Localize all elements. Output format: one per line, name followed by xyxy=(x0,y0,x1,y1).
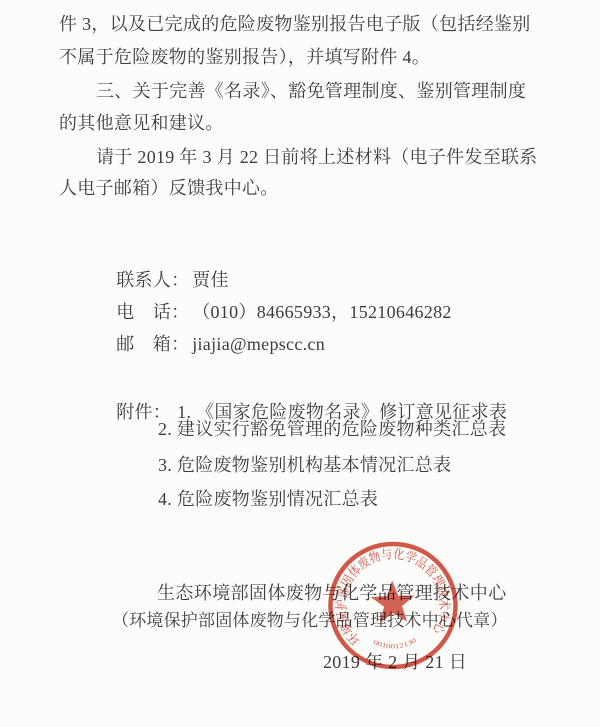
body-line-6: 人电子邮箱）反馈我中心。 xyxy=(59,178,279,199)
body-line-4: 的其他意见和建议。 xyxy=(59,113,224,134)
attachment-item-4: 4. 危险废物鉴别情况汇总表 xyxy=(158,489,378,510)
body-line-3: 三、关于完善《名录》、豁免管理制度、鉴别管理制度 xyxy=(96,81,526,102)
official-seal: 环境保护部固体废物与化学品管理技术中心 0010012130 xyxy=(324,538,463,675)
seal-code: 0010012130 xyxy=(372,637,418,651)
attachment-item-3: 3. 危险废物鉴别机构基本情况汇总表 xyxy=(158,455,451,476)
contact-email-row: 邮 箱：jiajia@mepscc.cn xyxy=(97,313,325,376)
attachment-item-2: 2. 建议实行豁免管理的危险废物种类汇总表 xyxy=(158,419,506,440)
body-line-5: 请于 2019 年 3 月 22 日前将上述材料（电子件发至联系 xyxy=(96,147,538,168)
seal-star-icon xyxy=(370,580,415,623)
contact-email-value: jiajia@mepscc.cn xyxy=(192,334,325,354)
body-line-2: 不属于危险废物的鉴别报告），并填写附件 4。 xyxy=(59,47,430,68)
document-page: 件 3，以及已完成的危险废物鉴别报告电子版（包括经鉴别 不属于危险废物的鉴别报告… xyxy=(0,0,600,727)
contact-email-label: 邮 箱： xyxy=(116,334,192,355)
body-line-1: 件 3，以及已完成的危险废物鉴别报告电子版（包括经鉴别 xyxy=(59,14,531,35)
